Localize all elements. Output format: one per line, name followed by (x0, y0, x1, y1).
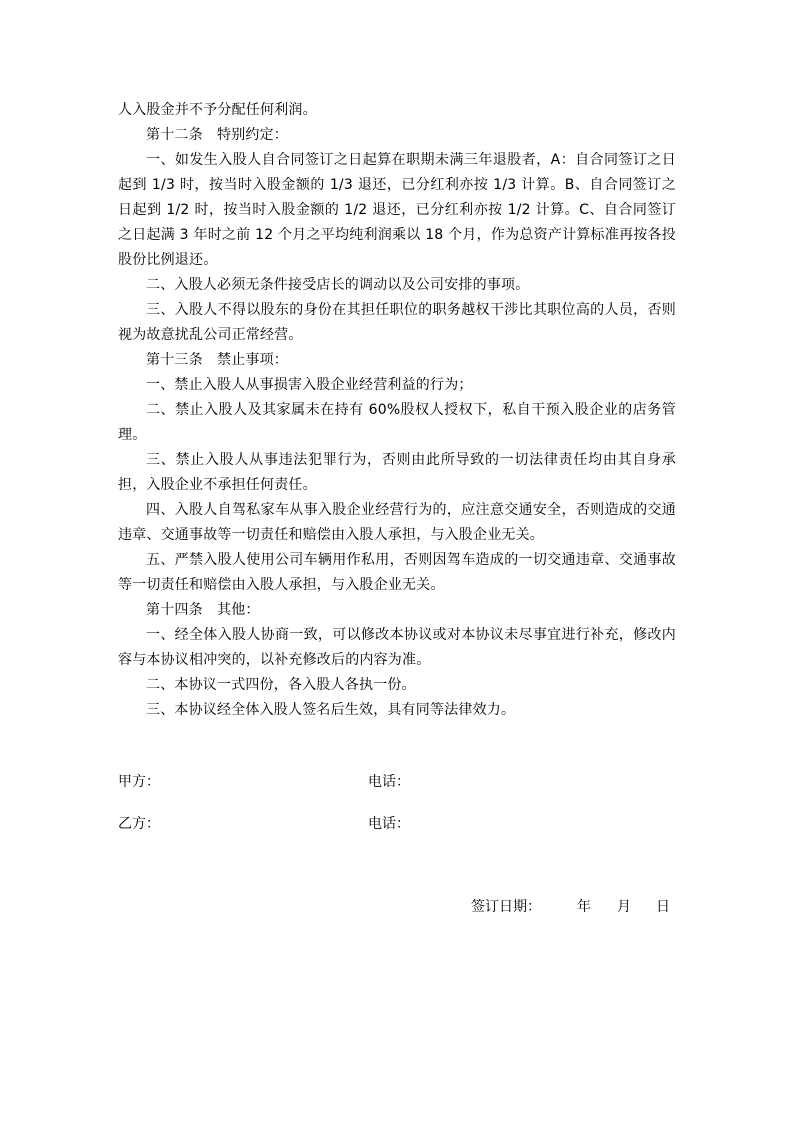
paragraph: 二、禁止入股人及其家属未在持有 60%股权人授权下，私自干预入股企业的店务管理。 (118, 398, 676, 448)
paragraph: 人入股金并不予分配任何利润。 (118, 98, 676, 123)
signing-date-label: 签订日期： (471, 897, 541, 917)
paragraph: 三、入股人不得以股东的身份在其担任职位的职务越权干涉比其职位高的人员，否则视为故… (118, 298, 676, 348)
article-12-heading: 第十二条 特别约定： (118, 123, 676, 148)
article-14-heading: 第十四条 其他： (118, 598, 676, 623)
paragraph: 四、入股人自驾私家车从事入股企业经营行为的，应注意交通安全，否则造成的交通违章、… (118, 498, 676, 548)
paragraph: 一、如发生入股人自合同签订之日起算在职期未满三年退股者，A：自合同签订之日起到 … (118, 148, 676, 273)
party-a-phone-label: 电话： (368, 772, 410, 792)
paragraph: 一、禁止入股人从事损害入股企业经营利益的行为； (118, 373, 676, 398)
paragraph: 五、严禁入股人使用公司车辆用作私用，否则因驾车造成的一切交通违章、交通事故等一切… (118, 548, 676, 598)
paragraph: 二、入股人必须无条件接受店长的调动以及公司安排的事项。 (118, 273, 676, 298)
month-label: 月 (617, 897, 631, 917)
day-label: 日 (656, 897, 670, 917)
paragraph: 三、禁止入股人从事违法犯罪行为，否则由此所导致的一切法律责任均由其自身承担，入股… (118, 448, 676, 498)
document-body: 人入股金并不予分配任何利润。 第十二条 特别约定： 一、如发生入股人自合同签订之… (118, 98, 676, 723)
article-13-heading: 第十三条 禁止事项： (118, 348, 676, 373)
year-label: 年 (577, 897, 591, 917)
party-b-label: 乙方： (118, 814, 160, 834)
party-b-phone-label: 电话： (368, 814, 410, 834)
party-a-label: 甲方： (118, 772, 160, 792)
paragraph: 一、经全体入股人协商一致，可以修改本协议或对本协议未尽事宜进行补充，修改内容与本… (118, 623, 676, 673)
paragraph: 二、本协议一式四份，各入股人各执一份。 (118, 673, 676, 698)
paragraph: 三、本协议经全体入股人签名后生效，具有同等法律效力。 (118, 698, 676, 723)
